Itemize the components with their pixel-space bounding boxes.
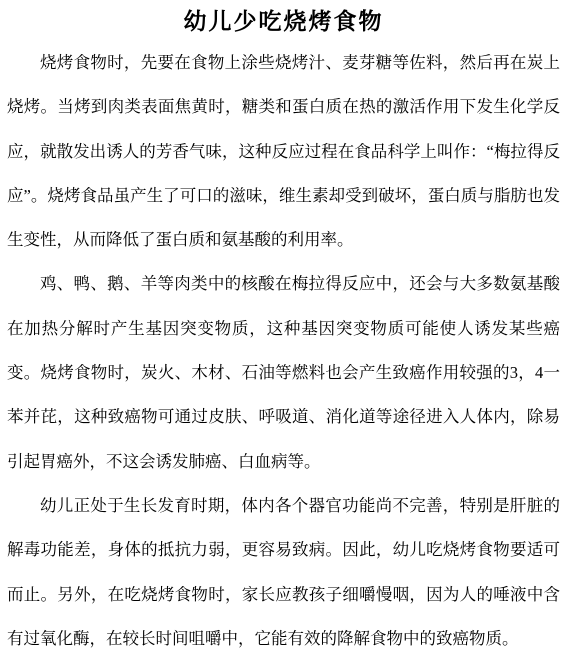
paragraph-2: 鸡、鸭、鹅、羊等肉类中的核酸在梅拉得反应中，还会与大多数氨基酸在加热分解时产生基… <box>7 262 560 483</box>
document-title: 幼儿少吃烧烤食物 <box>7 5 560 41</box>
paragraph-3: 幼儿正处于生长发育时期，体内各个器官功能尚不完善，特别是肝脏的解毒功能差，身体的… <box>7 484 560 658</box>
paragraph-1: 烧烤食物时，先要在食物上涂些烧烤汁、麦芽糖等佐料，然后再在炭上烧烤。当烤到肉类表… <box>7 41 560 262</box>
document-page: 幼儿少吃烧烤食物 烧烤食物时，先要在食物上涂些烧烤汁、麦芽糖等佐料，然后再在炭上… <box>0 0 569 658</box>
